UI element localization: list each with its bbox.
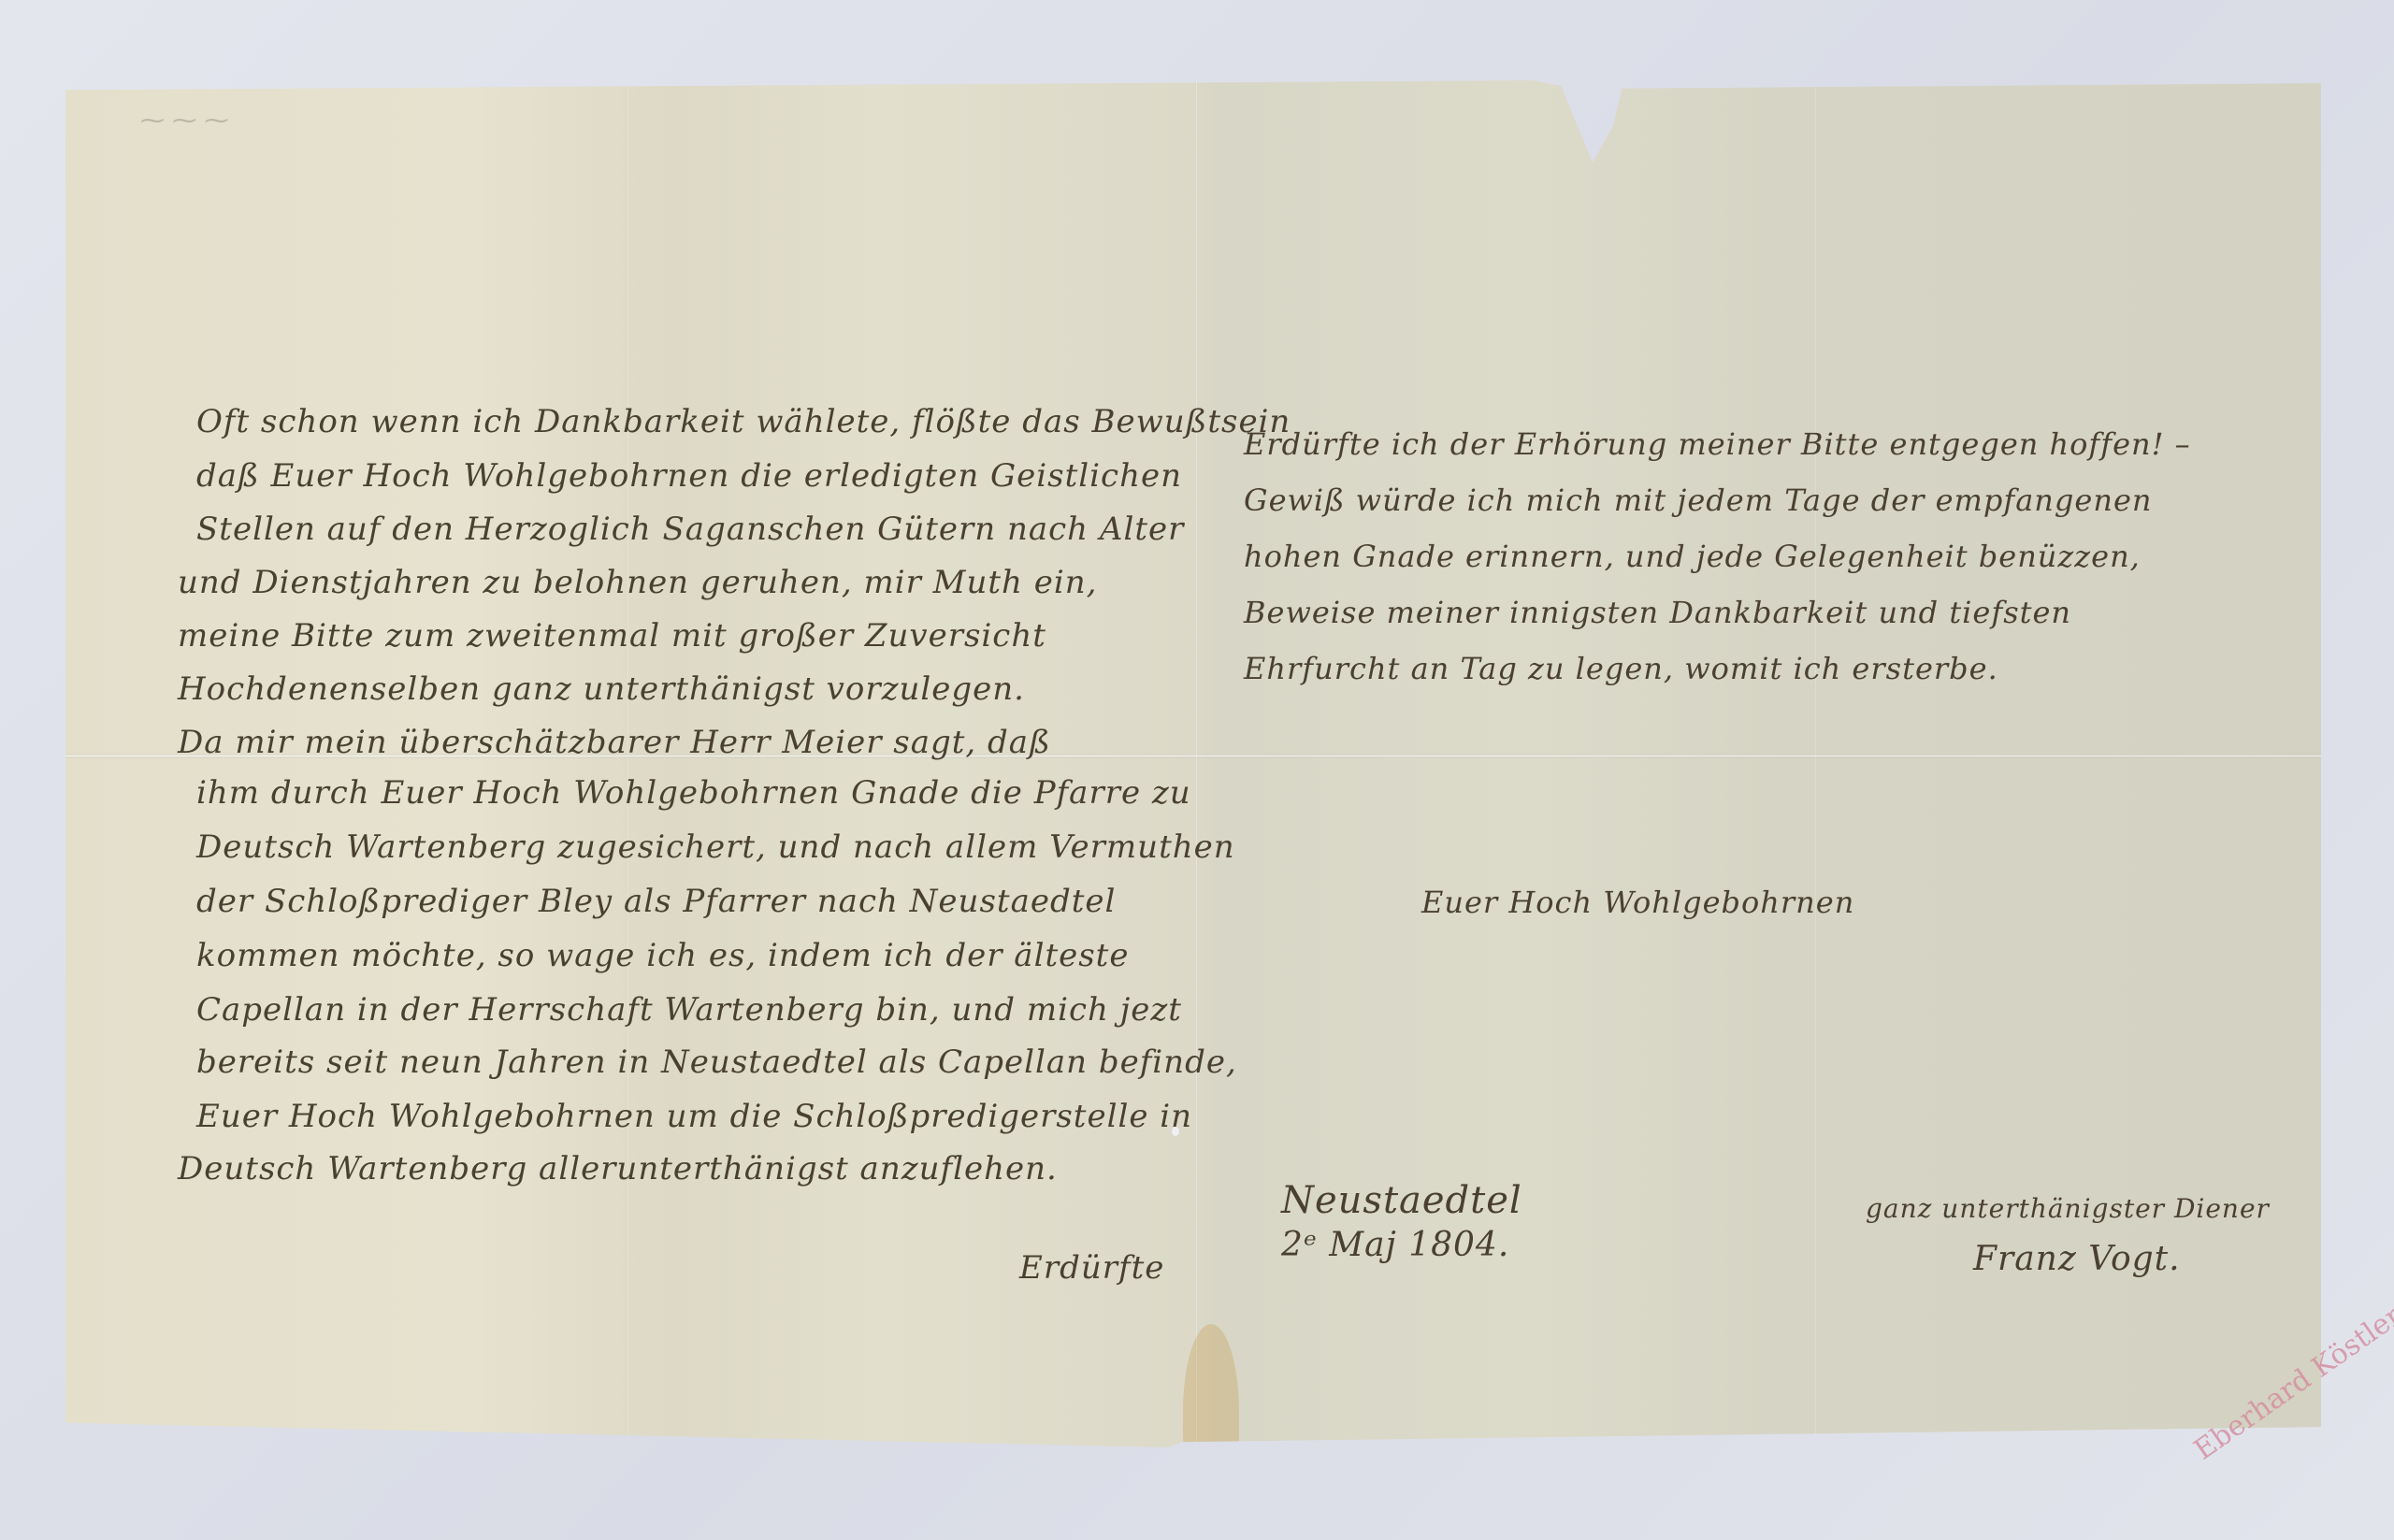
text-line: Capellan in der Herrschaft Wartenberg bi… bbox=[196, 991, 1182, 1029]
text-line: Da mir mein überschätzbarer Herr Meier s… bbox=[178, 724, 1051, 761]
text-line: Erdürfte ich der Erhörung meiner Bitte e… bbox=[1244, 426, 2191, 462]
text-line: Hochdenenselben ganz unterthänigst vorzu… bbox=[178, 670, 1025, 708]
right-page-text: Erdürfte ich der Erhörung meiner Bitte e… bbox=[1244, 80, 2310, 1447]
date: 2ᵉ Maj 1804. bbox=[1281, 1226, 1509, 1264]
text-line: Ehrfurcht an Tag zu legen, womit ich ers… bbox=[1244, 651, 1998, 686]
signature: Franz Vogt. bbox=[1973, 1240, 2181, 1278]
text-line: kommen möchte, so wage ich es, indem ich… bbox=[196, 937, 1129, 974]
paper-hole bbox=[1172, 1127, 1179, 1136]
left-page-text: Oft schon wenn ich Dankbarkeit wählete, … bbox=[122, 80, 1188, 1447]
text-line: Oft schon wenn ich Dankbarkeit wählete, … bbox=[196, 403, 1291, 440]
text-line: und Dienstjahren zu belohnen geruhen, mi… bbox=[178, 564, 1097, 601]
catchword: Erdürfte bbox=[1019, 1249, 1164, 1287]
text-line: Beweise meiner innigsten Dankbarkeit und… bbox=[1244, 595, 2071, 630]
text-line: der Schloßprediger Bley als Pfarrer nach… bbox=[196, 883, 1116, 920]
text-line: ihm durch Euer Hoch Wohlgebohrnen Gnade … bbox=[196, 774, 1191, 812]
text-line: Gewiß würde ich mich mit jedem Tage der … bbox=[1244, 482, 2152, 518]
letter-sheet: ⁓ ⁓ ⁓ Oft schon wenn ich Dankbarkeit wäh… bbox=[65, 80, 2321, 1447]
text-line: Stellen auf den Herzoglich Saganschen Gü… bbox=[196, 511, 1184, 548]
closing-formula: ganz unterthänigster Diener bbox=[1866, 1193, 2270, 1224]
text-line: Deutsch Wartenberg allerunterthänigst an… bbox=[178, 1150, 1058, 1187]
center-fold bbox=[1195, 80, 1198, 1447]
text-line: hohen Gnade erinnern, und jede Gelegenhe… bbox=[1244, 539, 2141, 574]
place: Neustaedtel bbox=[1281, 1179, 1522, 1222]
text-line: Deutsch Wartenberg zugesichert, und nach… bbox=[196, 828, 1235, 866]
salutation: Euer Hoch Wohlgebohrnen bbox=[1421, 885, 1854, 920]
text-line: bereits seit neun Jahren in Neustaedtel … bbox=[196, 1043, 1237, 1081]
text-line: daß Euer Hoch Wohlgebohrnen die erledigt… bbox=[196, 457, 1182, 495]
text-line: Euer Hoch Wohlgebohrnen um die Schloßpre… bbox=[196, 1098, 1192, 1135]
water-stain bbox=[1183, 1324, 1239, 1450]
text-line: meine Bitte zum zweitenmal mit großer Zu… bbox=[178, 617, 1046, 655]
